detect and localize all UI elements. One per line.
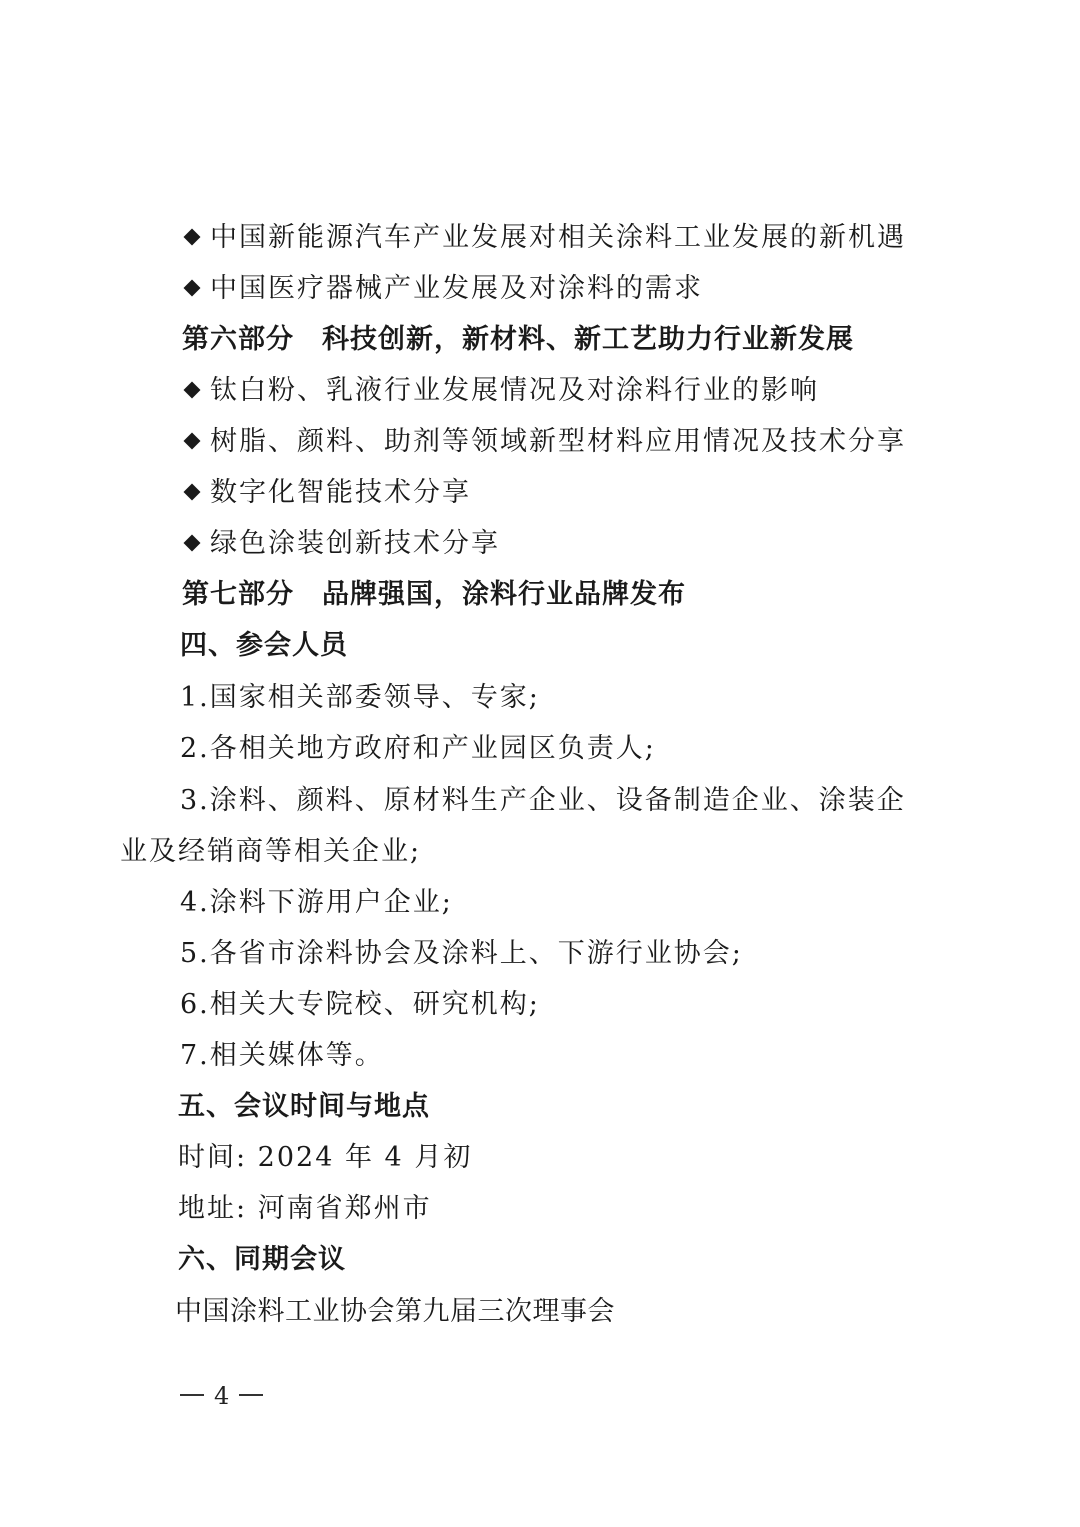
bullet-text: 中国医疗器械产业发展及对涂料的需求 [210, 273, 703, 304]
part-title: 品牌强国，涂料行业品牌发布 [322, 579, 686, 610]
bullet-item: 中国新能源汽车产业发展对相关涂料工业发展的新机遇 [182, 220, 906, 256]
list-item: 4.涂料下游用户企业; [180, 885, 453, 921]
list-item: 2.各相关地方政府和产业园区负责人; [180, 731, 656, 767]
part-heading: 第六部分科技创新，新材料、新工艺助力行业新发展 [182, 322, 854, 358]
list-item: 5.各省市涂料协会及涂料上、下游行业协会; [180, 936, 743, 972]
concurrent-meeting: 中国涂料工业协会第九届三次理事会 [175, 1294, 615, 1330]
bullet-text: 中国新能源汽车产业发展对相关涂料工业发展的新机遇 [210, 222, 906, 253]
list-item-continuation: 业及经销商等相关企业; [120, 834, 421, 870]
section-heading: 四、参会人员 [180, 628, 348, 664]
section-heading: 六、同期会议 [178, 1242, 346, 1278]
bullet-item: 中国医疗器械产业发展及对涂料的需求 [182, 271, 703, 307]
meeting-time: 时间: 2024 年 4 月初 [178, 1140, 472, 1176]
diamond-bullet-icon [184, 382, 201, 399]
diamond-bullet-icon [184, 229, 201, 246]
bullet-text: 绿色涂装创新技术分享 [210, 528, 500, 559]
diamond-bullet-icon [184, 280, 201, 297]
bullet-item: 数字化智能技术分享 [182, 475, 471, 511]
list-item: 7.相关媒体等。 [180, 1038, 384, 1074]
part-label: 第七部分 [182, 579, 294, 610]
part-title: 科技创新，新材料、新工艺助力行业新发展 [322, 324, 854, 355]
section-heading: 五、会议时间与地点 [178, 1089, 430, 1125]
part-heading: 第七部分品牌强国，涂料行业品牌发布 [182, 577, 686, 613]
list-item: 3.涂料、颜料、原材料生产企业、设备制造企业、涂装企 [180, 783, 906, 819]
dash-divider [180, 1394, 204, 1396]
bullet-item: 绿色涂装创新技术分享 [182, 526, 500, 562]
page-number-value: 4 [214, 1382, 229, 1410]
diamond-bullet-icon [184, 484, 201, 501]
bullet-text: 树脂、颜料、助剂等领域新型材料应用情况及技术分享 [210, 426, 906, 457]
part-label: 第六部分 [182, 324, 294, 355]
bullet-text: 数字化智能技术分享 [210, 477, 471, 508]
bullet-item: 钛白粉、乳液行业发展情况及对涂料行业的影响 [182, 373, 819, 409]
bullet-item: 树脂、颜料、助剂等领域新型材料应用情况及技术分享 [182, 424, 906, 460]
page-number: 4 [170, 1380, 273, 1412]
meeting-address: 地址: 河南省郑州市 [178, 1191, 432, 1227]
diamond-bullet-icon [184, 433, 201, 450]
dash-divider [239, 1394, 263, 1396]
bullet-text: 钛白粉、乳液行业发展情况及对涂料行业的影响 [210, 375, 819, 406]
document-page: 中国新能源汽车产业发展对相关涂料工业发展的新机遇 中国医疗器械产业发展及对涂料的… [0, 0, 1080, 1527]
diamond-bullet-icon [184, 535, 201, 552]
list-item: 6.相关大专院校、研究机构; [180, 987, 540, 1023]
list-item: 1.国家相关部委领导、专家; [180, 680, 540, 716]
